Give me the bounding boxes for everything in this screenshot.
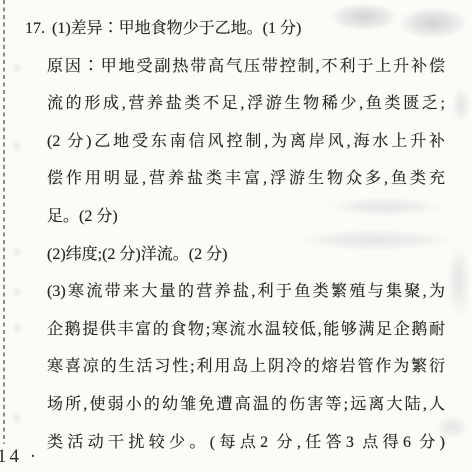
answer-line: (2)纬度;(2 分)洋流。(2 分) — [25, 236, 445, 274]
bleedthrough-smudge — [12, 246, 22, 258]
bleedthrough-smudge — [452, 88, 470, 122]
answer-line: 类活动干扰较少。(每点2 分,任答3 点得6 分) — [25, 424, 445, 462]
answer-line: 企鹅提供丰富的食物;寒流水温较低,能够满足企鹅耐 — [25, 311, 445, 349]
scanned-answer-page: 17.(1)差异∶甲地食物少于乙地。(1 分) 原因∶甲地受副热带高气压带控制,… — [0, 0, 472, 472]
answer-line: (3)寒流带来大量的营养盐,利于鱼类繁殖与集聚,为 — [25, 273, 445, 311]
bleedthrough-smudge — [12, 286, 22, 298]
answer-line: 场所,使弱小的幼雏免遭高温的伤害等;远离大陆,人 — [25, 386, 445, 424]
bleedthrough-smudge — [448, 246, 470, 316]
question-number: 17. — [25, 20, 52, 37]
answer-line: (2 分)乙地受东南信风控制,为离岸风,海水上升补 — [25, 123, 445, 161]
page-number: 14 · — [0, 446, 39, 468]
bleedthrough-smudge — [12, 322, 22, 334]
answer-line: 流的形成,营养盐类不足,浮游生物稀少,鱼类匮乏; — [25, 85, 445, 123]
left-dotted-cut-line — [3, 0, 5, 444]
answer-line: 原因∶甲地受副热带高气压带控制,不利于上升补偿 — [25, 48, 445, 86]
bleedthrough-smudge — [12, 412, 22, 424]
answer-line: 寒喜凉的生活习性;利用岛上阴冷的熔岩管作为繁衍 — [25, 348, 445, 386]
answer-line: 足。(2 分) — [25, 198, 445, 236]
answer-block-question-17: 17.(1)差异∶甲地食物少于乙地。(1 分) 原因∶甲地受副热带高气压带控制,… — [25, 10, 445, 461]
answer-line: 17.(1)差异∶甲地食物少于乙地。(1 分) — [25, 10, 445, 48]
answer-line-text: (1)差异∶甲地食物少于乙地。(1 分) — [52, 20, 301, 37]
answer-line: 偿作用明显,营养盐类丰富,浮游生物众多,鱼类充 — [25, 160, 445, 198]
bleedthrough-smudge — [12, 62, 22, 74]
bleedthrough-smudge — [12, 140, 22, 152]
